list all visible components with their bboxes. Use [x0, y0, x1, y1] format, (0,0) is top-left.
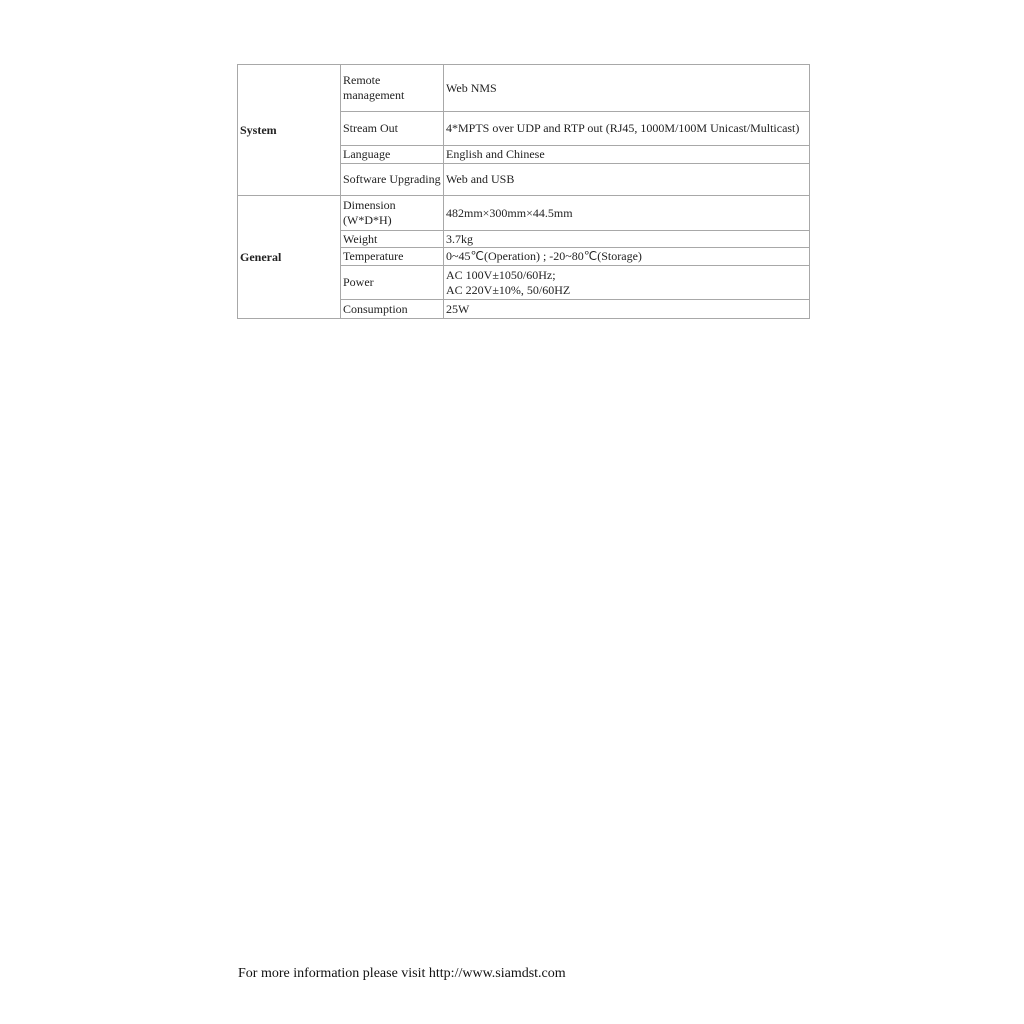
- table-row: General Dimension (W*D*H) 482mm×300mm×44…: [238, 196, 810, 231]
- param-label: Remote management: [341, 65, 444, 112]
- param-value: Web NMS: [444, 65, 810, 112]
- spec-table: System Remote management Web NMS Stream …: [237, 64, 810, 319]
- param-label: Software Upgrading: [341, 164, 444, 196]
- param-label: Stream Out: [341, 112, 444, 146]
- category-general: General: [238, 196, 341, 319]
- param-value: 3.7kg: [444, 231, 810, 248]
- category-system: System: [238, 65, 341, 196]
- param-value: Web and USB: [444, 164, 810, 196]
- param-label: Weight: [341, 231, 444, 248]
- param-label: Language: [341, 146, 444, 164]
- param-value: 25W: [444, 300, 810, 319]
- param-value: 0~45℃(Operation) ; -20~80℃(Storage): [444, 248, 810, 266]
- param-label: Power: [341, 266, 444, 300]
- param-value: 482mm×300mm×44.5mm: [444, 196, 810, 231]
- param-value: 4*MPTS over UDP and RTP out (RJ45, 1000M…: [444, 112, 810, 146]
- param-value: AC 100V±1050/60Hz; AC 220V±10%, 50/60HZ: [444, 266, 810, 300]
- param-label: Temperature: [341, 248, 444, 266]
- table-row: System Remote management Web NMS: [238, 65, 810, 112]
- param-value: English and Chinese: [444, 146, 810, 164]
- power-line-1: AC 100V±1050/60Hz;: [446, 268, 807, 283]
- param-label: Dimension (W*D*H): [341, 196, 444, 231]
- power-line-2: AC 220V±10%, 50/60HZ: [446, 283, 807, 298]
- footer-info-text: For more information please visit http:/…: [238, 966, 566, 982]
- param-label: Consumption: [341, 300, 444, 319]
